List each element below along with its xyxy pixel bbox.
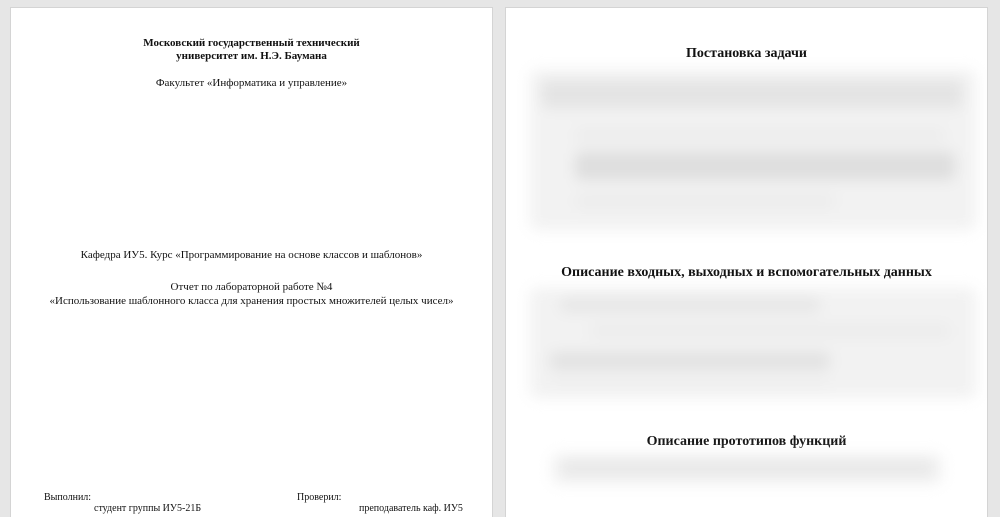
checked-by-value: преподаватель каф. ИУ5 bbox=[359, 503, 463, 515]
university-line-1: Московский государственный технический bbox=[11, 37, 492, 50]
report-title-block: Отчет по лабораторной работе №4 «Использ… bbox=[11, 281, 492, 308]
redacted-prototypes-text bbox=[552, 454, 942, 484]
redacted-task-text bbox=[530, 70, 976, 230]
university-line-2: университет им. Н.Э. Баумана bbox=[11, 50, 492, 63]
report-title: Отчет по лабораторной работе №4 bbox=[11, 281, 492, 295]
heading-function-prototypes: Описание прототипов функций bbox=[506, 434, 987, 450]
checked-by-label: Проверил: bbox=[297, 492, 341, 504]
document-viewer: Московский государственный технический у… bbox=[0, 0, 1000, 517]
report-subject: «Использование шаблонного класса для хра… bbox=[11, 295, 492, 309]
university-name: Московский государственный технический у… bbox=[11, 37, 492, 63]
redacted-io-text bbox=[530, 288, 976, 398]
heading-task: Постановка задачи bbox=[506, 46, 987, 62]
heading-io-data: Описание входных, выходных и вспомогател… bbox=[506, 265, 987, 281]
faculty: Факультет «Информатика и управление» bbox=[11, 77, 492, 90]
performed-by-label: Выполнил: bbox=[44, 492, 91, 504]
department-course: Кафедра ИУ5. Курс «Программирование на о… bbox=[11, 249, 492, 262]
content-page: Постановка задачи Описание входных, выхо… bbox=[506, 8, 987, 517]
title-page: Московский государственный технический у… bbox=[11, 8, 492, 517]
performed-by-value: студент группы ИУ5-21Б bbox=[94, 503, 201, 515]
